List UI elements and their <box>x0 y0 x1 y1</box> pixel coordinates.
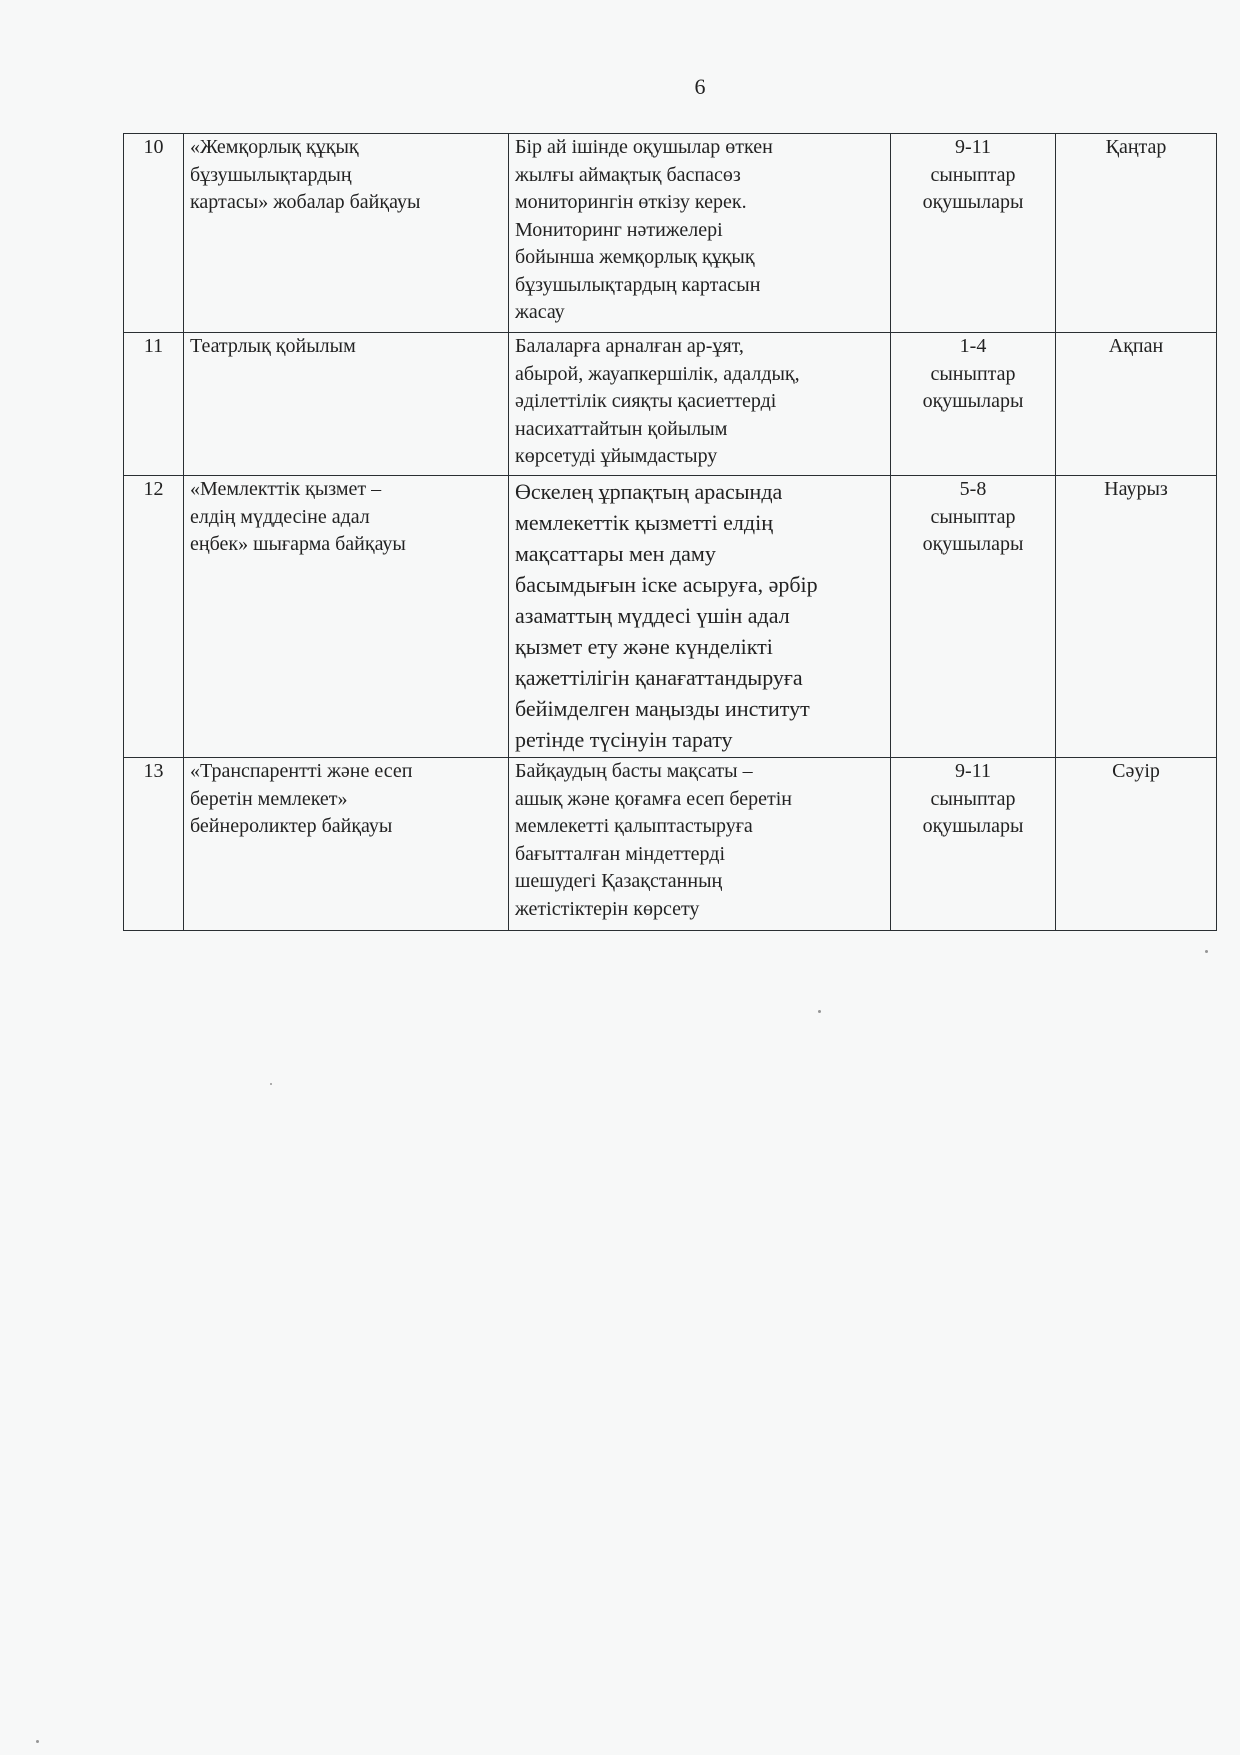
text-line: сыныптар <box>897 162 1049 190</box>
text-line: Бір ай ішінде оқушылар өткен <box>515 134 884 162</box>
text-line: шешудегі Қазақстанның <box>515 868 884 896</box>
event-description: Бір ай ішінде оқушылар өткенжылғы аймақт… <box>509 134 891 333</box>
text-line: көрсетуді ұйымдастыру <box>515 443 884 471</box>
event-name: «Мемлекттік қызмет –елдің мүддесіне адал… <box>184 476 509 758</box>
text-line: мақсаттары мен даму <box>515 538 884 569</box>
text-line: бейнероликтер байқауы <box>190 813 502 841</box>
row-number: 11 <box>124 333 184 476</box>
text-line: «Транспарентті және есеп <box>190 758 502 786</box>
text-line: еңбек» шығарма байқауы <box>190 531 502 559</box>
scan-speck <box>270 1083 272 1085</box>
text-line: сыныптар <box>897 504 1049 532</box>
text-line: Театрлық қойылым <box>190 333 502 361</box>
event-description: Байқаудың басты мақсаты –ашық және қоғам… <box>509 758 891 931</box>
text-line: беретін мемлекет» <box>190 786 502 814</box>
event-audience: 5-8сыныптароқушылары <box>891 476 1056 758</box>
table-row: 10 «Жемқорлық құқықбұзушылықтардыңкартас… <box>124 134 1217 333</box>
text-line: ретінде түсінуін тарату <box>515 724 884 755</box>
text-line: оқушылары <box>897 189 1049 217</box>
table-row: 12 «Мемлекттік қызмет –елдің мүддесіне а… <box>124 476 1217 758</box>
text-line: Өскелең ұрпақтың арасында <box>515 476 884 507</box>
text-line: оқушылары <box>897 531 1049 559</box>
row-number: 13 <box>124 758 184 931</box>
event-month: Наурыз <box>1056 476 1217 758</box>
text-line: бейімделген маңызды институт <box>515 693 884 724</box>
text-line: Байқаудың басты мақсаты – <box>515 758 884 786</box>
text-line: жетістіктерін көрсету <box>515 896 884 924</box>
text-line: бұзушылықтардың картасын <box>515 272 884 300</box>
text-line: «Мемлекттік қызмет – <box>190 476 502 504</box>
page-number: 6 <box>690 74 710 100</box>
event-description: Балаларға арналған ар-ұят,абырой, жауапк… <box>509 333 891 476</box>
text-line: мемлекетті қалыптастыруға <box>515 813 884 841</box>
text-line: ашық және қоғамға есеп беретін <box>515 786 884 814</box>
table-row: 11 Театрлық қойылым Балаларға арналған а… <box>124 333 1217 476</box>
event-name: Театрлық қойылым <box>184 333 509 476</box>
events-table-body: 10 «Жемқорлық құқықбұзушылықтардыңкартас… <box>124 134 1217 931</box>
event-name: «Жемқорлық құқықбұзушылықтардыңкартасы» … <box>184 134 509 333</box>
text-line: Балаларға арналған ар-ұят, <box>515 333 884 361</box>
text-line: бойынша жемқорлық құқық <box>515 244 884 272</box>
text-line: 1-4 <box>897 333 1049 361</box>
text-line: 9-11 <box>897 134 1049 162</box>
table-row: 13 «Транспарентті және есепберетін мемле… <box>124 758 1217 931</box>
text-line: елдің мүддесіне адал <box>190 504 502 532</box>
text-line: картасы» жобалар байқауы <box>190 189 502 217</box>
event-month: Қаңтар <box>1056 134 1217 333</box>
scan-speck <box>36 1740 39 1743</box>
text-line: мониторингін өткізу керек. <box>515 189 884 217</box>
row-number: 12 <box>124 476 184 758</box>
event-description: Өскелең ұрпақтың арасындамемлекеттік қыз… <box>509 476 891 758</box>
event-month: Ақпан <box>1056 333 1217 476</box>
text-line: жасау <box>515 299 884 327</box>
text-line: мемлекеттік қызметті елдің <box>515 507 884 538</box>
scan-speck <box>1205 950 1208 953</box>
event-name: «Транспарентті және есепберетін мемлекет… <box>184 758 509 931</box>
text-line: 5-8 <box>897 476 1049 504</box>
event-audience: 9-11сыныптароқушылары <box>891 758 1056 931</box>
text-line: «Жемқорлық құқық <box>190 134 502 162</box>
text-line: 9-11 <box>897 758 1049 786</box>
event-month: Сәуір <box>1056 758 1217 931</box>
events-table: 10 «Жемқорлық құқықбұзушылықтардыңкартас… <box>123 133 1217 931</box>
text-line: абырой, жауапкершілік, адалдық, <box>515 361 884 389</box>
text-line: қажеттілігін қанағаттандыруға <box>515 662 884 693</box>
row-number: 10 <box>124 134 184 333</box>
text-line: сыныптар <box>897 361 1049 389</box>
event-audience: 9-11сыныптароқушылары <box>891 134 1056 333</box>
text-line: бұзушылықтардың <box>190 162 502 190</box>
event-audience: 1-4сыныптароқушылары <box>891 333 1056 476</box>
text-line: басымдығын іске асыруға, әрбір <box>515 569 884 600</box>
text-line: әділеттілік сияқты қасиеттерді <box>515 388 884 416</box>
text-line: азаматтың мүддесі үшін адал <box>515 600 884 631</box>
text-line: қызмет ету және күнделікті <box>515 631 884 662</box>
text-line: оқушылары <box>897 388 1049 416</box>
text-line: бағытталған міндеттерді <box>515 841 884 869</box>
text-line: насихаттайтын қойылым <box>515 416 884 444</box>
text-line: сыныптар <box>897 786 1049 814</box>
text-line: жылғы аймақтық баспасөз <box>515 162 884 190</box>
text-line: оқушылары <box>897 813 1049 841</box>
text-line: Мониторинг нәтижелері <box>515 217 884 245</box>
scan-speck <box>818 1010 821 1013</box>
